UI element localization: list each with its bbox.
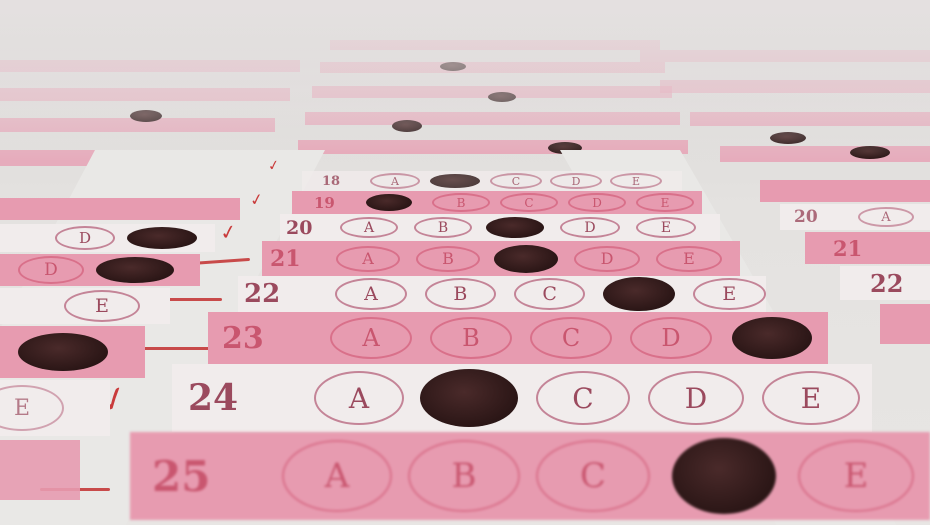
bubble-a: A	[858, 207, 914, 227]
distant-row	[330, 40, 660, 50]
filled-bubble-a	[366, 194, 412, 211]
bubble-b: B	[416, 246, 480, 272]
distant-row	[0, 88, 290, 101]
question-number: 22	[244, 279, 315, 309]
bubble-b: B	[430, 317, 512, 359]
bubble-a: A	[335, 278, 406, 310]
bubble-b: B	[432, 193, 490, 212]
distant-row	[0, 60, 300, 72]
bubble-d: D	[574, 246, 640, 272]
filled-bubble-c	[494, 245, 558, 273]
question-number: 20	[286, 217, 338, 239]
answer-row-20: 20 A B D E	[280, 214, 720, 241]
left-row	[0, 440, 80, 500]
bubble-e: E	[64, 290, 140, 322]
bubble-a: A	[330, 317, 412, 359]
question-number: 21	[270, 246, 326, 272]
answer-row-19: 19 B C D E	[292, 191, 702, 214]
bubble-b: B	[414, 217, 472, 238]
distant-filled-bubble	[770, 132, 806, 144]
right-row	[760, 180, 930, 202]
bubble-d: D	[648, 371, 744, 425]
answer-sheet-photo: ✓ ✓ ✓ ✓ D D E E 18 A	[0, 0, 930, 525]
filled-bubble-b	[430, 174, 480, 188]
distant-row	[640, 50, 930, 62]
bubble-c: C	[500, 193, 558, 212]
filled-bubble-d	[672, 438, 776, 514]
distant-filled-bubble	[488, 92, 516, 102]
question-number: 21	[833, 236, 877, 261]
distant-filled-bubble	[440, 62, 466, 71]
distant-row	[320, 62, 665, 73]
question-number: 20	[794, 207, 838, 227]
distant-row	[305, 112, 680, 125]
bubble-e: E	[0, 385, 64, 431]
bubble-d: D	[18, 256, 84, 284]
bubble-a: A	[282, 440, 392, 512]
right-row: 20 A	[780, 204, 930, 230]
bubble-c: C	[514, 278, 585, 310]
answer-row-24: 24 A C D E	[172, 364, 872, 432]
left-row: E	[0, 288, 170, 324]
left-row	[0, 326, 145, 378]
check-mark-icon: ✓	[267, 157, 281, 175]
question-number: 25	[152, 452, 262, 501]
bubble-d: D	[630, 317, 712, 359]
answer-row-23: 23 A B C D	[208, 312, 828, 364]
filled-bubble	[127, 227, 197, 249]
filled-bubble-c	[486, 217, 544, 238]
right-row	[880, 304, 930, 344]
bubble-d: D	[560, 217, 620, 238]
answer-row-25: 25 A B C E	[130, 432, 930, 520]
distant-filled-bubble	[850, 146, 890, 159]
question-number: 18	[322, 174, 362, 189]
left-row	[0, 198, 240, 220]
left-row: D	[0, 224, 215, 252]
bubble-e: E	[636, 217, 696, 238]
bubble-a: A	[314, 371, 404, 425]
bubble-b: B	[408, 440, 520, 512]
distant-row	[720, 146, 930, 162]
distant-row	[660, 80, 930, 93]
distant-filled-bubble	[130, 110, 162, 122]
bubble-e: E	[656, 246, 722, 272]
bubble-e: E	[798, 440, 914, 512]
bubble-d: D	[55, 226, 115, 250]
filled-bubble-e	[732, 317, 812, 359]
bubble-d: D	[568, 193, 626, 212]
tally-dash	[162, 298, 222, 301]
bubble-c: C	[490, 173, 542, 189]
question-number: 24	[188, 377, 284, 419]
question-number: 19	[314, 194, 358, 212]
filled-bubble-d	[603, 277, 674, 311]
right-row: 21	[805, 232, 930, 264]
bubble-c: C	[536, 440, 650, 512]
distant-filled-bubble	[392, 120, 422, 132]
bubble-b: B	[425, 278, 496, 310]
answer-row-22: 22 A B C E	[238, 276, 766, 312]
distant-row	[690, 112, 930, 126]
bubble-e: E	[762, 371, 860, 425]
bubble-c: C	[536, 371, 630, 425]
question-number: 22	[870, 269, 930, 298]
bubble-e: E	[636, 193, 694, 212]
bubble-e: E	[693, 278, 766, 310]
bubble-d: D	[550, 173, 602, 189]
bubble-c: C	[530, 317, 612, 359]
left-row: D	[0, 254, 200, 286]
bubble-a: A	[370, 173, 420, 189]
bubble-e: E	[610, 173, 662, 189]
bubble-a: A	[336, 246, 400, 272]
right-row: 22	[840, 266, 930, 300]
filled-bubble-b	[420, 369, 518, 427]
filled-bubble	[96, 257, 174, 283]
answer-row-18: 18 A C D E	[302, 171, 682, 191]
answer-row-21: 21 A B D E	[262, 241, 740, 276]
question-number: 23	[222, 321, 302, 356]
bubble-a: A	[340, 217, 398, 238]
filled-bubble	[18, 333, 108, 371]
left-row: E	[0, 380, 110, 436]
